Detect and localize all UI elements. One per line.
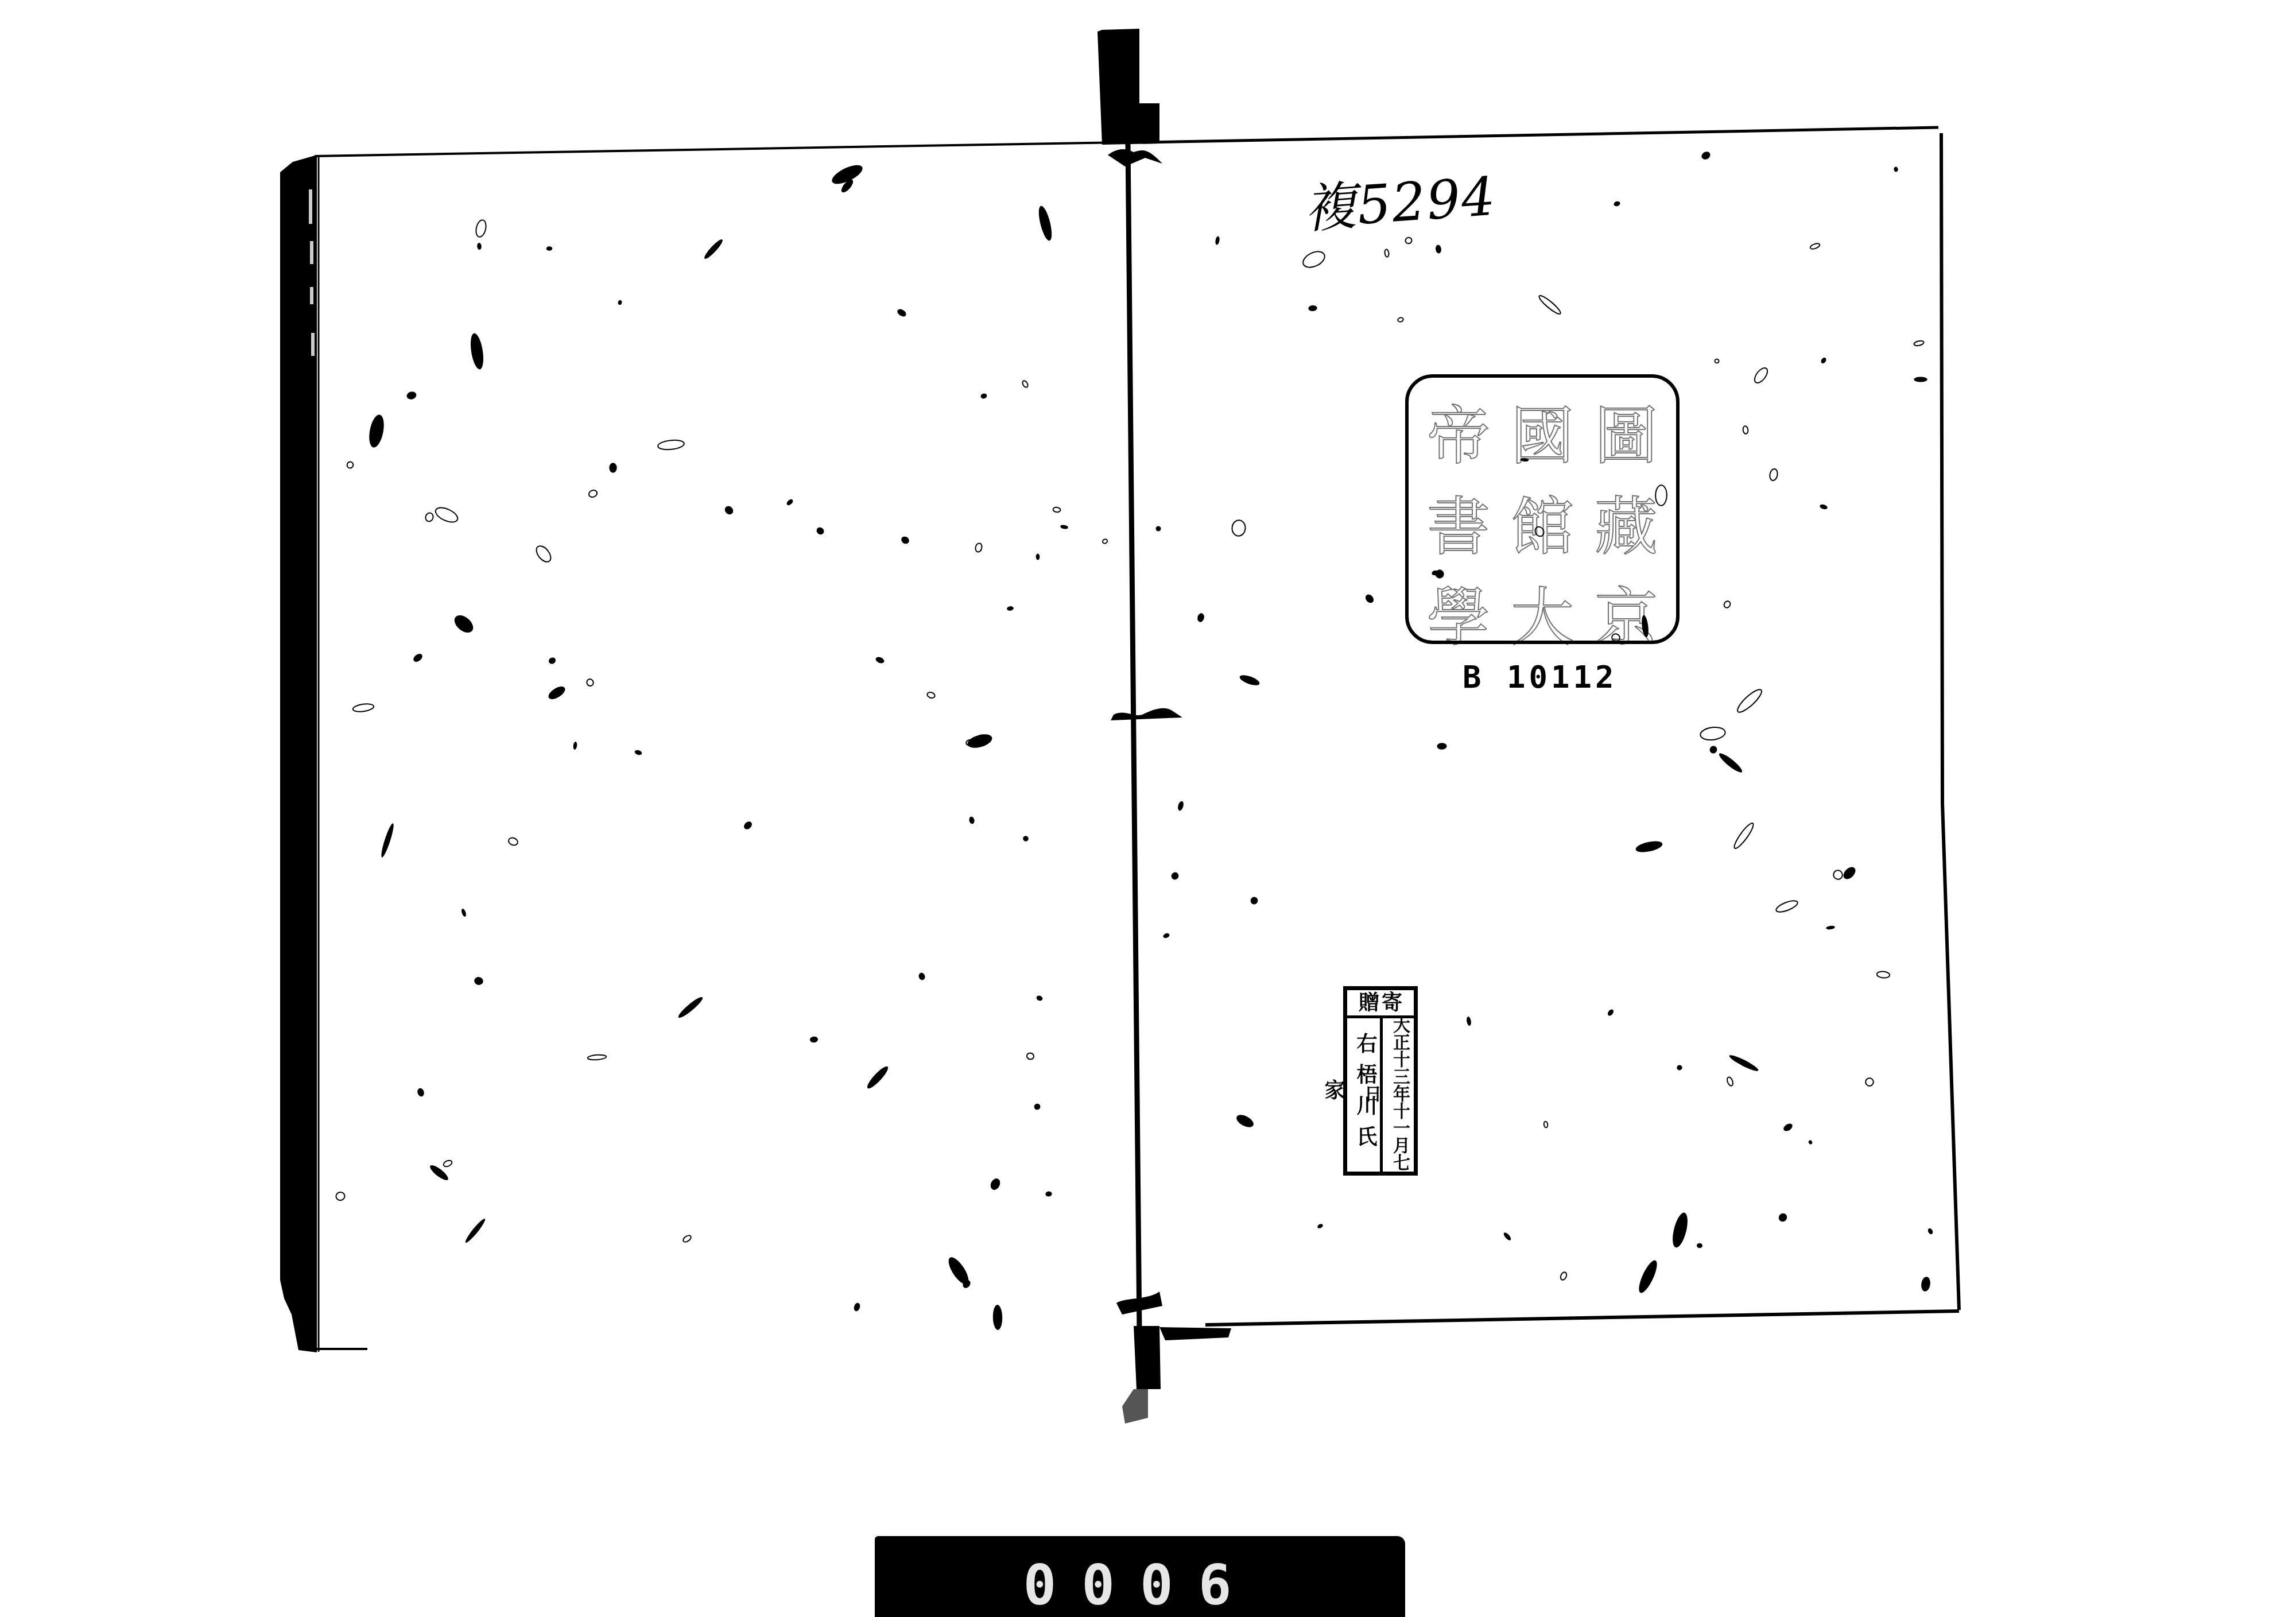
- header-char: 寄: [1382, 990, 1402, 1015]
- microfilm-frame-counter: 0006: [875, 1536, 1405, 1617]
- seal-char: 京: [1584, 567, 1668, 658]
- handwritten-shelf-note: 複5294: [1301, 154, 1499, 243]
- seal-char: 圖: [1584, 386, 1668, 476]
- left-page: [280, 142, 1122, 1352]
- donor-name: 右梧川氏家: [1349, 1021, 1382, 1168]
- seal-characters: 帝 國 圖 書 館 藏 學 大 京: [1417, 386, 1668, 633]
- frame-number: 0006: [875, 1553, 1405, 1617]
- seal-char: 大: [1500, 567, 1584, 658]
- donation-date: 大正十三年十一月七日: [1380, 1015, 1414, 1172]
- scanned-book-spread: [0, 0, 2296, 1617]
- seal-char: 藏: [1584, 476, 1668, 567]
- seal-char: 國: [1500, 386, 1584, 476]
- seal-char: 學: [1417, 567, 1500, 658]
- seal-char: 館: [1500, 476, 1584, 567]
- library-seal: 帝 國 圖 書 館 藏 學 大 京: [1405, 374, 1680, 644]
- donation-label-header: 寄 贈: [1347, 990, 1414, 1018]
- seal-char: 書: [1417, 476, 1500, 567]
- right-page: [1142, 127, 1959, 1325]
- seal-char: 帝: [1417, 386, 1500, 476]
- header-char: 贈: [1359, 990, 1379, 1015]
- binding-gutter: [1097, 29, 1231, 1424]
- catalog-number: B 10112: [1463, 659, 1618, 695]
- donation-label: 寄 贈 大正十三年十一月七日 右梧川氏家: [1343, 986, 1418, 1176]
